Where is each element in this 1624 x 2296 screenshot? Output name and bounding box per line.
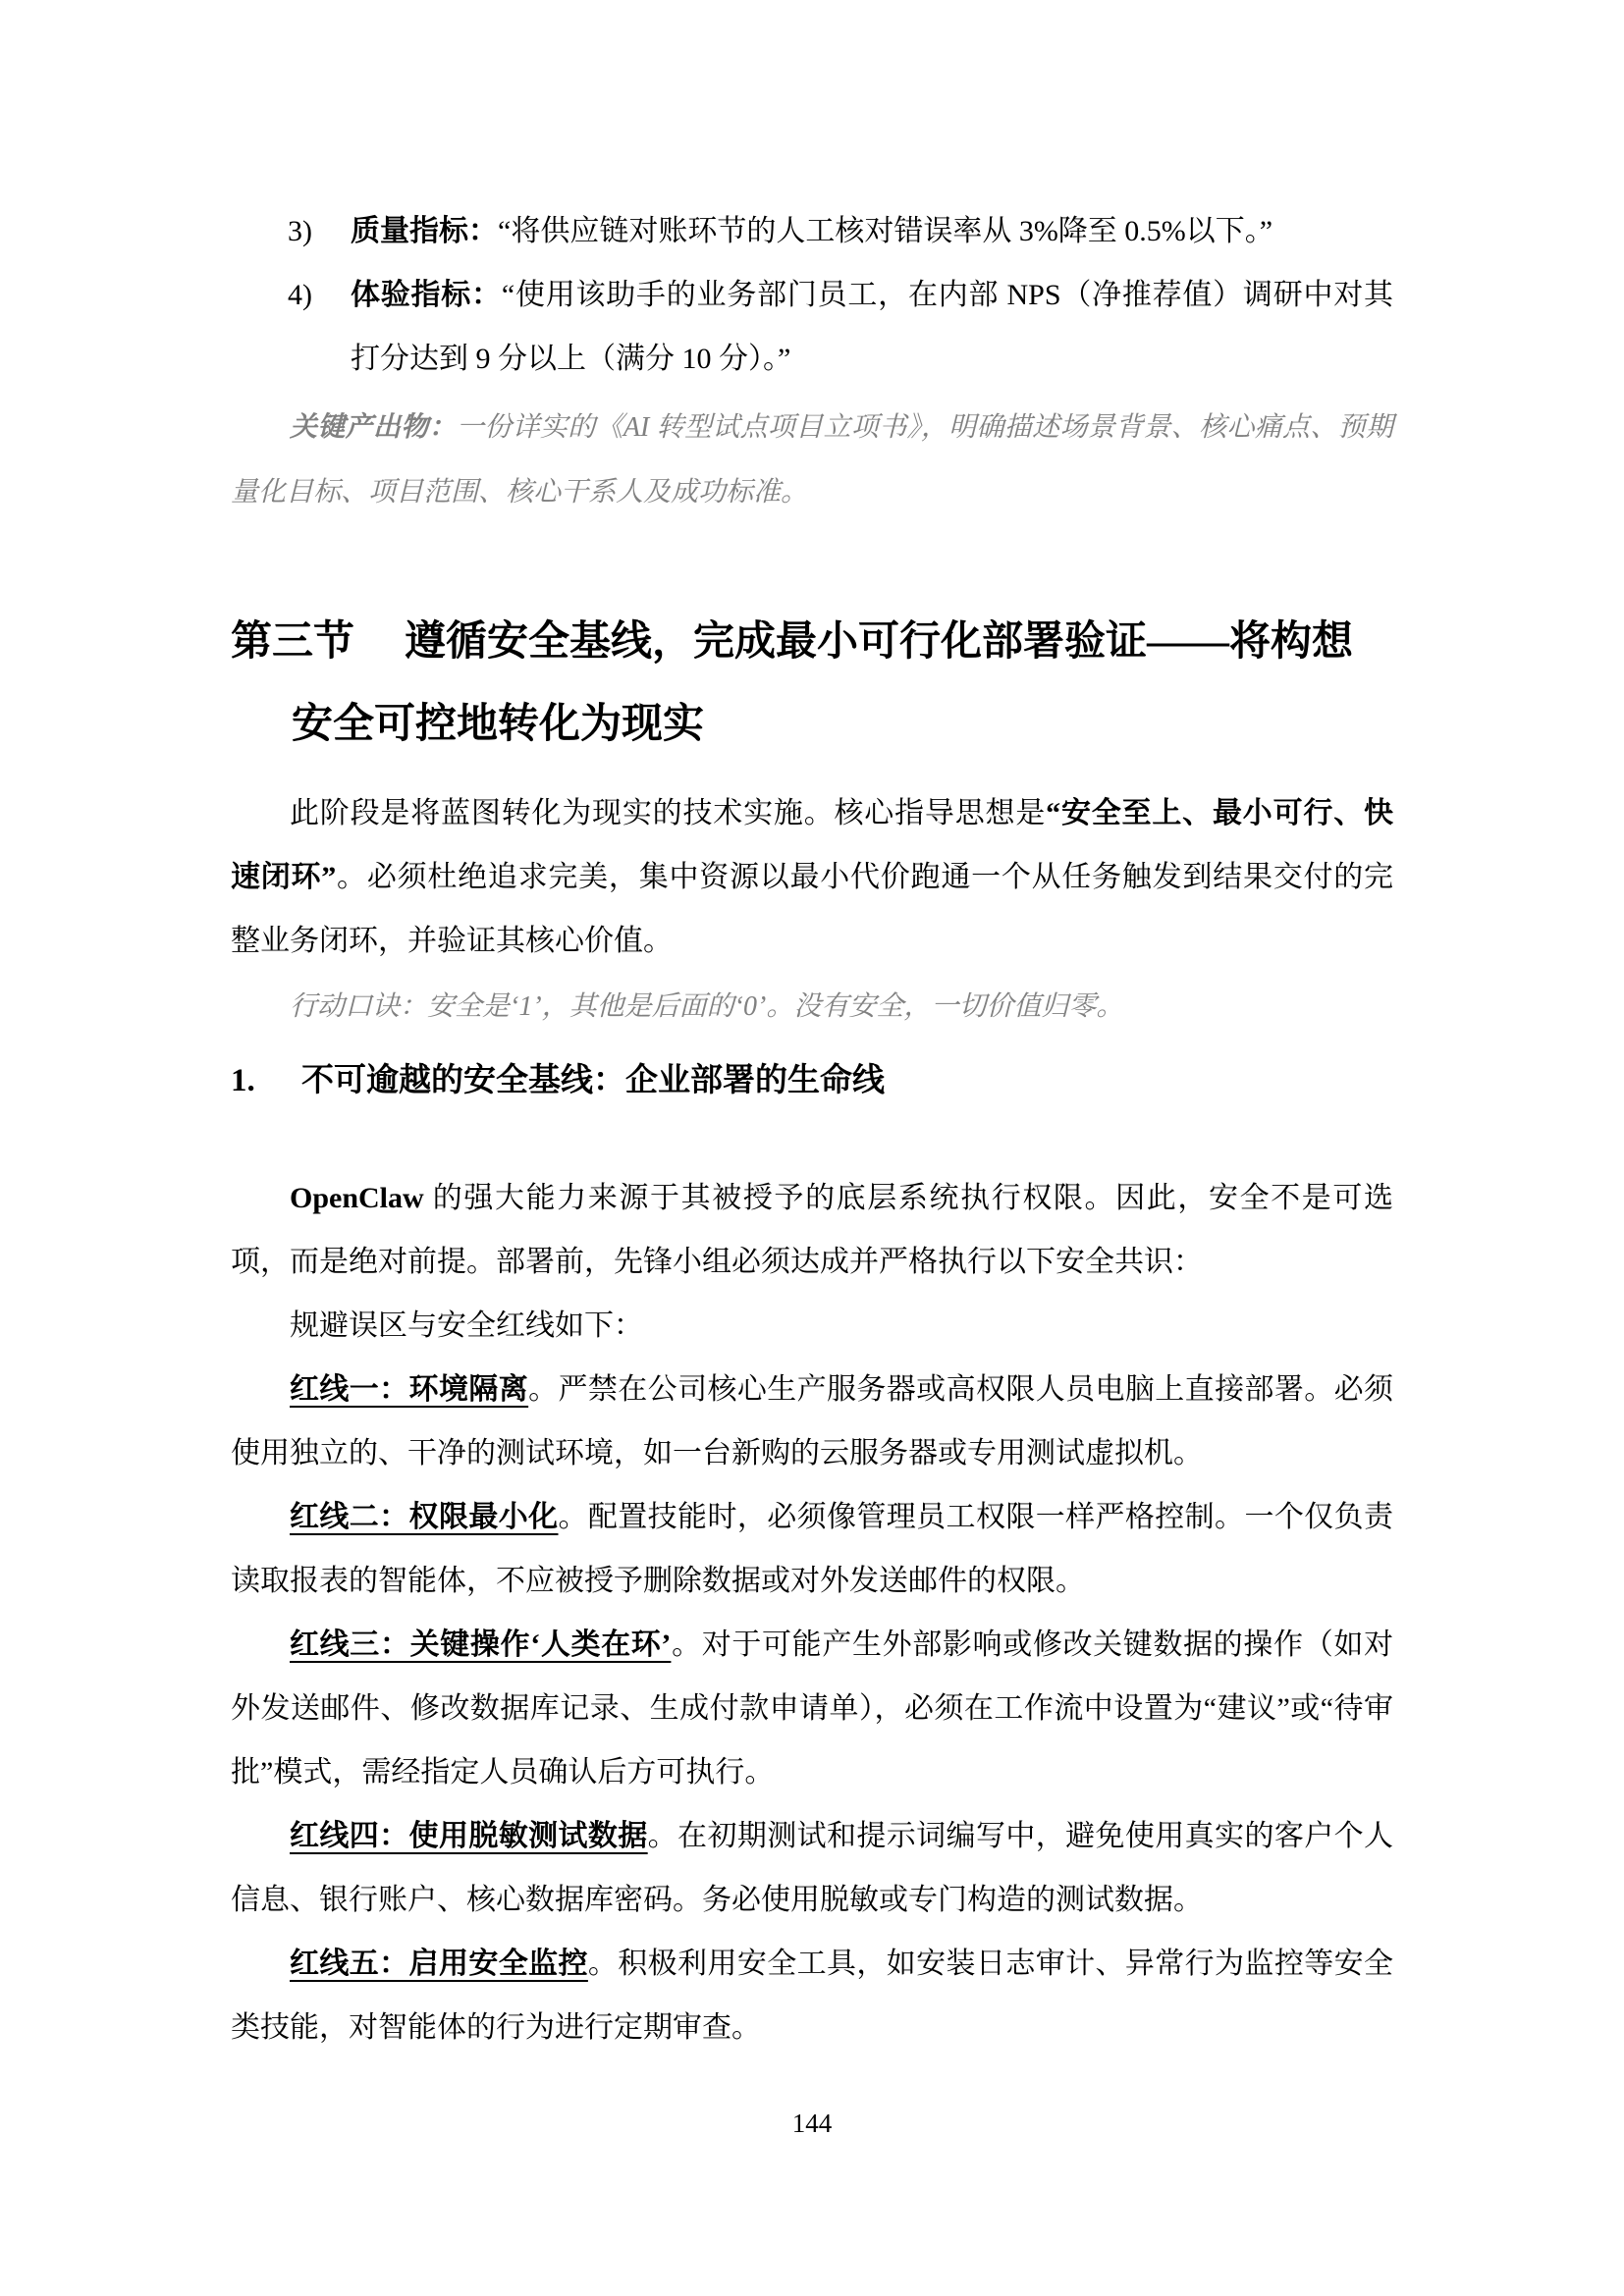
key-output-note: 关键产出物：一份详实的《AI 转型试点项目立项书》，明确描述场景背景、核心痛点、… [231, 396, 1393, 525]
section-title: 遵循安全基线，完成最小可行化部署验证——将构想安全可控地转化为现实 [292, 619, 1353, 747]
subsection-heading: 1.不可逾越的安全基线：企业部署的生命线 [231, 1046, 1393, 1115]
paragraph-run: 。必须杜绝追求完美，集中资源以最小代价跑通一个从任务触发到结果交付的完整业务闭环… [231, 861, 1393, 957]
key-output-label: 关键产出物： [290, 412, 457, 443]
motto-label: 行动口诀： [290, 991, 427, 1022]
paragraph-redline-5: 红线五：启用安全监控。积极利用安全工具，如安装日志审计、异常行为监控等安全类技能… [231, 1932, 1393, 2059]
list-marker: 4) [288, 263, 312, 327]
redline-label: 红线三：关键操作‘人类在环’ [290, 1629, 671, 1661]
paragraph-run-bold: OpenClaw [290, 1182, 424, 1214]
motto-text: 安全是‘1’，其他是后面的‘0’。没有安全，一切价值归零。 [427, 991, 1123, 1022]
list-marker: 3) [288, 199, 312, 263]
list-item-quality-metric: 3)质量指标：“将供应链对账环节的人工核对错误率从 3%降至 0.5%以下。” [231, 199, 1393, 263]
paragraph-openclaw: OpenClaw 的强大能力来源于其被授予的底层系统执行权限。因此，安全不是可选… [231, 1166, 1393, 1294]
section-number: 第三节 [231, 619, 354, 665]
list-item-label: 质量指标： [351, 215, 498, 247]
redline-label: 红线一：环境隔离 [290, 1373, 528, 1406]
paragraph-run: 规避误区与安全红线如下： [290, 1309, 643, 1342]
paragraph-redline-3: 红线三：关键操作‘人类在环’。对于可能产生外部影响或修改关键数据的操作（如对外发… [231, 1613, 1393, 1804]
subsection-title: 不可逾越的安全基线：企业部署的生命线 [301, 1063, 885, 1098]
list-item-text: “使用该助手的业务部门员工，在内部 NPS（净推荐值）调研中对其打分达到 9 分… [351, 279, 1393, 375]
page-number: 144 [0, 2110, 1624, 2137]
paragraph-redline-4: 红线四：使用脱敏测试数据。在初期测试和提示词编写中，避免使用真实的客户个人信息、… [231, 1804, 1393, 1932]
motto-note: 行动口诀：安全是‘1’，其他是后面的‘0’。没有安全，一切价值归零。 [231, 975, 1393, 1040]
paragraph-redline-2: 红线二：权限最小化。配置技能时，必须像管理员工权限一样严格控制。一个仅负责读取报… [231, 1485, 1393, 1613]
document-content: 3)质量指标：“将供应链对账环节的人工核对错误率从 3%降至 0.5%以下。” … [231, 0, 1393, 2296]
redline-label: 红线四：使用脱敏测试数据 [290, 1820, 648, 1852]
list-item-text: “将供应链对账环节的人工核对错误率从 3%降至 0.5%以下。” [498, 215, 1272, 247]
subsection-number: 1. [231, 1046, 301, 1115]
redline-label: 红线五：启用安全监控 [290, 1948, 588, 1980]
document-page: 3)质量指标：“将供应链对账环节的人工核对错误率从 3%降至 0.5%以下。” … [0, 0, 1624, 2296]
paragraph-phase-intro: 此阶段是将蓝图转化为现实的技术实施。核心指导思想是“安全至上、最小可行、快速闭环… [231, 781, 1393, 973]
section-heading: 第三节遵循安全基线，完成最小可行化部署验证——将构想安全可控地转化为现实 [231, 601, 1393, 766]
list-item-label: 体验指标： [351, 279, 502, 311]
paragraph-redline-intro: 规避误区与安全红线如下： [231, 1294, 1393, 1358]
list-item-experience-metric: 4)体验指标：“使用该助手的业务部门员工，在内部 NPS（净推荐值）调研中对其打… [231, 263, 1393, 391]
paragraph-run: 此阶段是将蓝图转化为现实的技术实施。核心指导思想是 [290, 797, 1046, 829]
paragraph-redline-1: 红线一：环境隔离。严禁在公司核心生产服务器或高权限人员电脑上直接部署。必须使用独… [231, 1358, 1393, 1485]
redline-label: 红线二：权限最小化 [290, 1501, 559, 1533]
